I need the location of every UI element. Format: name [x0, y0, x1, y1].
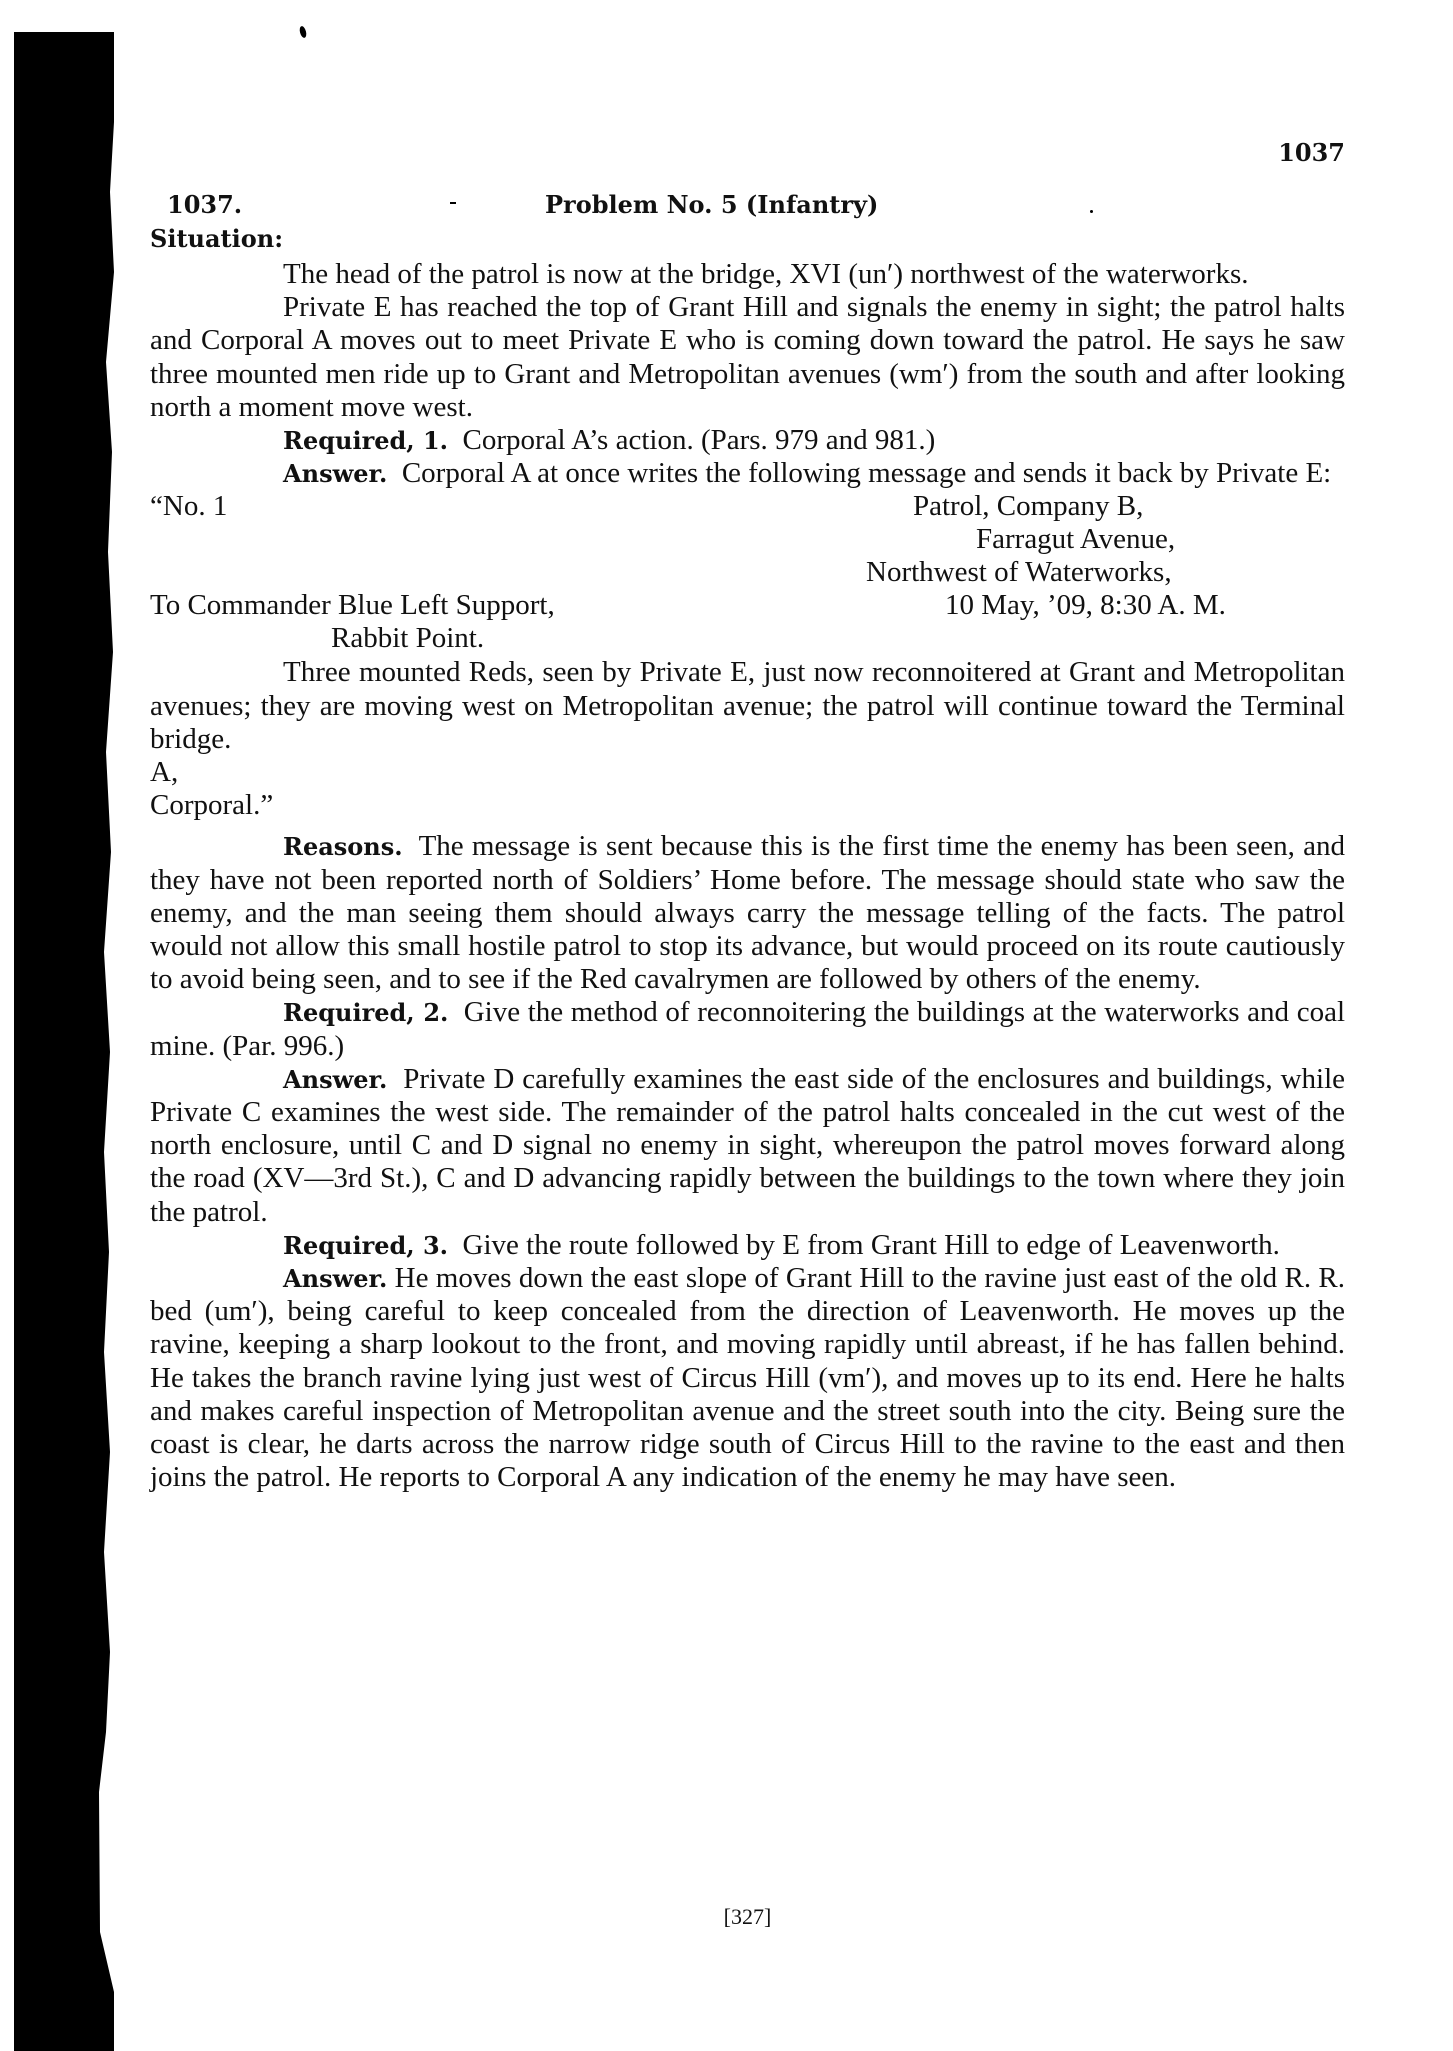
required-text: Corporal A’s action. (Pars. 979 and 981.…	[463, 424, 936, 456]
message-signature: A,	[150, 756, 1345, 789]
answer-text: Corporal A at once writes the following …	[402, 457, 1331, 489]
required-text: Give the route followed by E from Grant …	[463, 1229, 1280, 1261]
reasons: Reasons. The message is sent because thi…	[150, 830, 1345, 996]
situation-paragraph: Private E has reached the top of Grant H…	[150, 291, 1345, 424]
message-rank: Corporal.”	[150, 789, 1345, 822]
required-3: Required, 3. Give the route followed by …	[150, 1229, 1345, 1262]
message-addressee-location: Rabbit Point.	[331, 622, 484, 655]
stray-dash-mark	[450, 202, 456, 204]
answer-3: Answer. He moves down the east slope of …	[150, 1262, 1345, 1494]
problem-heading: 1037. Problem No. 5 (Infantry)	[150, 188, 1345, 221]
situation-paragraph: The head of the patrol is now at the bri…	[150, 258, 1345, 291]
field-message-header: “No. 1 Patrol, Company B, Farragut Avenu…	[150, 490, 1345, 656]
message-from-line: Patrol, Company B,	[913, 490, 1143, 523]
required-2: Required, 2. Give the method of reconnoi…	[150, 996, 1345, 1062]
page-number-footer: [327]	[150, 1900, 1345, 1933]
situation-label: Situation:	[150, 222, 283, 255]
message-from-line: Northwest of Waterworks,	[866, 556, 1172, 589]
answer-1: Answer. Corporal A at once writes the fo…	[150, 457, 1345, 490]
body-text: The head of the patrol is now at the bri…	[150, 258, 1345, 1495]
section-number: 1037.	[167, 188, 242, 221]
answer-text: He moves down the east slope of Grant Hi…	[150, 1262, 1345, 1493]
message-addressee: To Commander Blue Left Support,	[150, 589, 555, 622]
stray-ink-mark	[299, 25, 308, 38]
problem-title: Problem No. 5 (Infantry)	[545, 188, 878, 221]
book-binding-shadow	[14, 32, 114, 2051]
required-label: Required, 2.	[283, 998, 448, 1027]
required-label: Required, 1.	[283, 426, 448, 455]
reasons-label: Reasons.	[283, 832, 403, 861]
message-datetime: 10 May, ’09, 8:30 A. M.	[945, 589, 1226, 622]
answer-label: Answer.	[283, 1264, 387, 1293]
stray-dot-mark	[1090, 210, 1093, 213]
answer-2: Answer. Private D carefully examines the…	[150, 1063, 1345, 1229]
required-1: Required, 1. Corporal A’s action. (Pars.…	[150, 424, 1345, 457]
answer-label: Answer.	[283, 459, 387, 488]
message-number: “No. 1	[150, 490, 227, 523]
message-from-line: Farragut Avenue,	[976, 523, 1175, 556]
running-head: 1037	[1278, 136, 1345, 169]
message-body: Three mounted Reds, seen by Private E, j…	[150, 656, 1345, 756]
answer-label: Answer.	[283, 1065, 387, 1094]
required-label: Required, 3.	[283, 1231, 448, 1260]
